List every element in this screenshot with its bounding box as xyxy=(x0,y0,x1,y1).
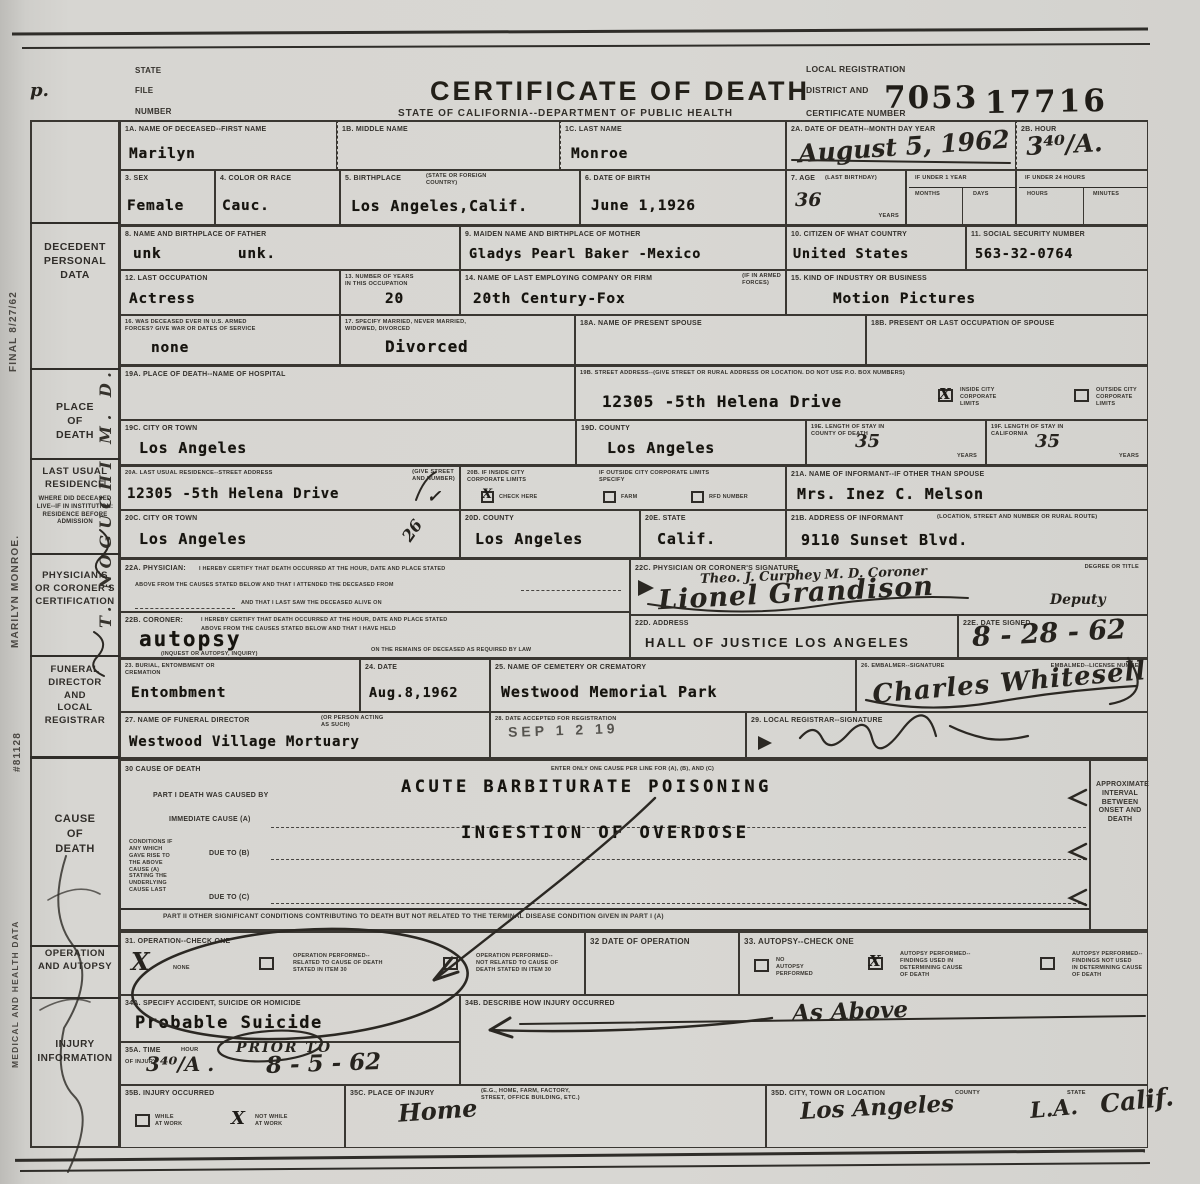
certificate-number: 17716 xyxy=(985,83,1108,121)
field-value: 9110 Sunset Blvd. xyxy=(801,531,968,549)
field-label: 1C. LAST NAME xyxy=(565,125,622,134)
years-label: YEARS xyxy=(957,453,977,460)
field-label: 30 CAUSE OF DEATH xyxy=(125,765,201,774)
field-label: 4. COLOR OR RACE xyxy=(220,174,291,183)
field-19b-street-address: 19B. STREET ADDRESS--(GIVE STREET OR RUR… xyxy=(575,365,1148,420)
part2-divider xyxy=(121,908,1091,910)
field-24-date: 24. DATE Aug.8,1962 xyxy=(360,658,490,712)
blank-line xyxy=(521,590,621,591)
district-number: 7053 xyxy=(884,80,978,116)
field-label: 1B. MIDDLE NAME xyxy=(342,125,408,134)
field-value: Entombment xyxy=(131,685,226,701)
field-6-date-of-birth: 6. DATE OF BIRTH June 1,1926 xyxy=(580,170,786,225)
field-8-father: 8. NAME AND BIRTHPLACE OF FATHER unk unk… xyxy=(120,225,460,270)
field-31-operation: 31. OPERATION--CHECK ONE X NONE OPERATIO… xyxy=(120,930,585,995)
certificate-title: CERTIFICATE OF DEATH xyxy=(430,76,810,107)
field-value: Los Angeles xyxy=(139,530,247,548)
field-19f-stay-california: 19F. LENGTH OF STAY IN CALIFORNIA 35 YEA… xyxy=(986,420,1148,465)
field-label: 22D. ADDRESS xyxy=(635,619,689,628)
handwritten-injury-county: L.A. xyxy=(1029,1094,1079,1124)
minutes-label: MINUTES xyxy=(1093,191,1119,198)
due-to-b-label: DUE TO (B) xyxy=(209,849,249,858)
field-label: 21A. NAME OF INFORMANT--IF OTHER THAN SP… xyxy=(791,470,984,479)
field-label: 29. LOCAL REGISTRAR--SIGNATURE xyxy=(751,716,883,725)
sidebar-physician-certification: PHYSICIAN'S OR CORONER'S CERTIFICATION xyxy=(30,570,120,608)
field-19c-city: 19C. CITY OR TOWN Los Angeles xyxy=(120,420,576,465)
edge-decedent-name: MARILYN MONROE. xyxy=(10,535,21,648)
sidebar-place-of-death: PLACE OF DEATH xyxy=(30,400,120,443)
field-label: 10. CITIZEN OF WHAT COUNTRY xyxy=(791,230,907,239)
field-22a-physician-certification: 22A. PHYSICIAN: I HEREBY CERTIFY THAT DE… xyxy=(120,558,630,612)
field-value: Mrs. Inez C. Melson xyxy=(797,485,984,503)
field-value: United States xyxy=(793,246,909,262)
field-value: Los Angeles,Calif. xyxy=(351,197,528,215)
field-sublabel: (LOCATION, STREET AND NUMBER OR RURAL RO… xyxy=(937,514,1137,521)
outside-city-limits-label: OUTSIDE CITY CORPORATE LIMITS xyxy=(1096,387,1137,408)
certification-text: ABOVE FROM THE CAUSES STATED BELOW AND T… xyxy=(135,582,555,589)
field-label: 26. EMBALMER--SIGNATURE xyxy=(861,663,945,670)
field-5-birthplace: 5. BIRTHPLACE (STATE OR FOREIGN COUNTRY)… xyxy=(340,170,580,225)
edge-medical-data: MEDICAL AND HEALTH DATA xyxy=(10,920,20,1068)
immediate-cause-label: IMMEDIATE CAUSE (A) xyxy=(169,815,251,824)
months-label: MONTHS xyxy=(915,191,940,198)
blank-line xyxy=(135,608,235,609)
field-label: 12. LAST OCCUPATION xyxy=(125,274,208,283)
field-value: Aug.8,1962 xyxy=(369,685,458,701)
field-value: Divorced xyxy=(385,337,468,356)
page-mark: p. xyxy=(30,80,49,101)
field-label: 7. AGE xyxy=(791,174,815,183)
sidebar-divider xyxy=(30,655,120,657)
field-14-employer: 14. NAME OF LAST EMPLOYING COMPANY OR FI… xyxy=(460,270,786,315)
certificate-subtitle: STATE OF CALIFORNIA--DEPARTMENT OF PUBLI… xyxy=(398,108,733,119)
handwritten-x-none: X xyxy=(131,947,150,976)
field-33-autopsy: 33. AUTOPSY--CHECK ONE NO AUTOPSY PERFOR… xyxy=(739,930,1148,995)
sidebar-operation-autopsy: OPERATION AND AUTOPSY xyxy=(30,948,120,974)
degree-title-label: DEGREE OR TITLE xyxy=(1085,564,1139,571)
field-value: none xyxy=(151,340,189,356)
field-label: 16. WAS DECEASED EVER IN U.S. ARMED FORC… xyxy=(125,319,256,333)
field-label: 21B. ADDRESS OF INFORMANT xyxy=(791,514,904,523)
field-12-last-occupation: 12. LAST OCCUPATION Actress xyxy=(120,270,340,315)
certification-text: ABOVE FROM THE CAUSES STATED BELOW AND T… xyxy=(201,626,621,633)
cause-c-line xyxy=(271,903,1086,904)
field-label: 18A. NAME OF PRESENT SPOUSE xyxy=(580,319,702,328)
days-label: DAYS xyxy=(973,191,989,198)
field-sublabel: (OR PERSON ACTING AS SUCH) xyxy=(321,715,383,729)
field-20e-state: 20E. STATE Calif. xyxy=(640,510,786,558)
field-sublabel: (GIVE STREET AND NUMBER) xyxy=(412,469,455,483)
field-21a-informant: 21A. NAME OF INFORMANT--IF OTHER THAN SP… xyxy=(786,465,1148,510)
field-value: Female xyxy=(127,198,184,214)
divider xyxy=(962,187,963,226)
field-value: Actress xyxy=(129,291,196,307)
field-1a-first-name: 1A. NAME OF DECEASED--FIRST NAME Marilyn xyxy=(120,120,337,170)
field-29-local-registrar: 29. LOCAL REGISTRAR--SIGNATURE xyxy=(746,712,1148,758)
field-value: Probable Suicide xyxy=(135,1013,323,1033)
certification-subtext: (INQUEST OR AUTOPSY, INQUIRY) xyxy=(161,651,258,658)
field-27-funeral-director: 27. NAME OF FUNERAL DIRECTOR (OR PERSON … xyxy=(120,712,490,758)
field-17-marital-status: 17. SPECIFY MARRIED, NEVER MARRIED, WIDO… xyxy=(340,315,575,365)
field-value: Los Angeles xyxy=(607,439,715,457)
top-rule-2 xyxy=(22,43,1150,49)
handwritten-home: Home xyxy=(397,1093,478,1127)
field-label: 27. NAME OF FUNERAL DIRECTOR xyxy=(125,716,250,725)
local-registration-label: LOCAL REGISTRATION xyxy=(806,64,906,75)
field-value: 12305 -5th Helena Drive xyxy=(602,392,842,411)
field-7-if-under-24-hours: IF UNDER 24 HOURS HOURS MINUTES xyxy=(1016,170,1148,225)
field-label: 11. SOCIAL SECURITY NUMBER xyxy=(971,230,1085,239)
handwritten-time-of-injury: 3⁴⁰/A . xyxy=(146,1052,214,1076)
field-25-cemetery: 25. NAME OF CEMETERY OR CREMATORY Westwo… xyxy=(490,658,856,712)
field-label: 34A. SPECIFY ACCIDENT, SUICIDE OR HOMICI… xyxy=(125,999,301,1008)
field-9-mother: 9. MAIDEN NAME AND BIRTHPLACE OF MOTHER … xyxy=(460,225,786,270)
field-value: Westwood Village Mortuary xyxy=(129,734,360,750)
field-label: 13. NUMBER OF YEARS IN THIS OCCUPATION xyxy=(345,274,414,288)
handwritten-years: 35 xyxy=(1035,431,1060,452)
field-sublabel: (E.G., HOME, FARM, FACTORY, STREET, OFFI… xyxy=(481,1088,580,1102)
part2-label: PART II OTHER SIGNIFICANT CONDITIONS CON… xyxy=(163,913,1063,921)
state-file-label2: FILE xyxy=(135,86,153,96)
divider xyxy=(1083,187,1084,226)
field-20c-city: 20C. CITY OR TOWN Los Angeles 26 xyxy=(120,510,460,558)
field-21b-informant-address: 21B. ADDRESS OF INFORMANT (LOCATION, STR… xyxy=(786,510,1148,558)
sidebar-decedent-personal-data: DECEDENT PERSONAL DATA xyxy=(30,240,120,283)
field-23-disposition: 23. BURIAL, ENTOMBMENT OR CREMATION Ento… xyxy=(120,658,360,712)
field-label: 19C. CITY OR TOWN xyxy=(125,424,197,433)
field-19a-hospital: 19A. PLACE OF DEATH--NAME OF HOSPITAL xyxy=(120,365,575,420)
state-file-label: STATE xyxy=(135,66,161,76)
field-value: Westwood Memorial Park xyxy=(501,683,717,701)
divider xyxy=(1019,187,1147,188)
autopsy-used-label: AUTOPSY PERFORMED-- FINDINGS USED IN DET… xyxy=(900,951,971,979)
field-16-armed-forces: 16. WAS DECEASED EVER IN U.S. ARMED FORC… xyxy=(120,315,340,365)
field-7-age: 7. AGE (LAST BIRTHDAY) 36 YEARS xyxy=(786,170,906,225)
none-label: NONE xyxy=(173,965,190,972)
field-value: 20 xyxy=(385,291,404,307)
field-label: 35B. INJURY OCCURRED xyxy=(125,1089,214,1098)
handwritten-as-above: As Above xyxy=(792,996,909,1027)
certification-text: I HEREBY CERTIFY THAT DEATH OCCURRED AT … xyxy=(201,617,621,624)
field-label: 8. NAME AND BIRTHPLACE OF FATHER xyxy=(125,230,266,239)
field-label: 6. DATE OF BIRTH xyxy=(585,174,650,183)
field-label: 22A. PHYSICIAN: xyxy=(125,564,186,573)
operation-related-checkbox xyxy=(259,957,274,970)
field-34a-accident-suicide: 34A. SPECIFY ACCIDENT, SUICIDE OR HOMICI… xyxy=(120,995,460,1042)
field-1b-middle-name: 1B. MIDDLE NAME xyxy=(337,120,560,170)
field-label: 23. BURIAL, ENTOMBMENT OR CREMATION xyxy=(125,663,215,677)
field-label: 22B. CORONER: xyxy=(125,616,183,625)
field-label: 19A. PLACE OF DEATH--NAME OF HOSPITAL xyxy=(125,370,286,379)
district-and-label: DISTRICT AND xyxy=(806,85,869,96)
sidebar-last-usual-residence: LAST USUAL RESIDENCE xyxy=(30,466,120,492)
bottom-rule-1 xyxy=(15,1149,1145,1162)
conditions-note: CONDITIONS IF ANY WHICH GAVE RISE TO THE… xyxy=(129,839,173,894)
field-value: Marilyn xyxy=(129,146,196,162)
field-label: 15. KIND OF INDUSTRY OR BUSINESS xyxy=(791,274,927,283)
enter-one-cause-note: ENTER ONLY ONE CAUSE PER LINE FOR (A), (… xyxy=(551,766,714,773)
field-32-date-of-operation: 32 DATE OF OPERATION xyxy=(585,930,739,995)
handwritten-checkmark: ✓ xyxy=(427,487,441,507)
field-label: 3. SEX xyxy=(125,174,148,183)
field-label: 31. OPERATION--CHECK ONE xyxy=(125,937,230,946)
while-at-work-label: WHILE AT WORK xyxy=(155,1114,182,1128)
handwritten-26: 26 xyxy=(398,516,426,545)
outside-limits-label: IF OUTSIDE CITY CORPORATE LIMITS SPECIFY xyxy=(599,470,709,484)
field-19e-stay-county: 19E. LENGTH OF STAY IN COUNTY OF DEATH 3… xyxy=(806,420,986,465)
state-file-label3: NUMBER xyxy=(135,107,172,117)
autopsy-typed-value: autopsy xyxy=(139,627,242,651)
sidebar-divider xyxy=(30,997,120,999)
checkbox-x-mark: X xyxy=(869,952,881,970)
field-label: 34B. DESCRIBE HOW INJURY OCCURRED xyxy=(465,999,615,1008)
field-label: 9. MAIDEN NAME AND BIRTHPLACE OF MOTHER xyxy=(465,230,641,239)
certification-text: ON THE REMAINS OF DECEASED AS REQUIRED B… xyxy=(371,647,531,654)
field-label: 18B. PRESENT OR LAST OCCUPATION OF SPOUS… xyxy=(871,319,1054,328)
sidebar-divider xyxy=(30,756,120,759)
field-22d-address: 22D. ADDRESS HALL OF JUSTICE LOS ANGELES xyxy=(630,615,958,658)
edge-final-date: FINAL 8/27/62 xyxy=(8,291,19,372)
sidebar-injury-information: INJURY INFORMATION xyxy=(30,1038,120,1065)
handwritten-years: 35 xyxy=(855,431,880,452)
autopsy-not-used-label: AUTOPSY PERFORMED-- FINDINGS NOT USED IN… xyxy=(1072,951,1143,979)
field-20d-county: 20D. COUNTY Los Angeles xyxy=(460,510,640,558)
field-value: HALL OF JUSTICE LOS ANGELES xyxy=(645,635,910,650)
field-label: IF UNDER 1 YEAR xyxy=(915,175,967,182)
field-label: 20C. CITY OR TOWN xyxy=(125,514,197,523)
field-value: 12305 -5th Helena Drive xyxy=(127,486,339,502)
field-value: Calif. xyxy=(657,530,716,548)
field-value: Cauc. xyxy=(222,198,270,214)
sidebar-divider xyxy=(30,368,120,370)
field-11-ssn: 11. SOCIAL SECURITY NUMBER 563-32-0764 xyxy=(966,225,1148,270)
years-label: YEARS xyxy=(1119,453,1139,460)
field-label: 17. SPECIFY MARRIED, NEVER MARRIED, WIDO… xyxy=(345,319,466,333)
field-value: Los Angeles xyxy=(475,530,583,548)
field-15-industry: 15. KIND OF INDUSTRY OR BUSINESS Motion … xyxy=(786,270,1148,315)
field-label: 33. AUTOPSY--CHECK ONE xyxy=(744,937,854,947)
field-sublabel: (IF IN ARMED FORCES) xyxy=(742,273,781,287)
handwritten-date-of-injury: 8 - 5 - 62 xyxy=(266,1048,382,1079)
county-label: COUNTY xyxy=(955,1090,980,1097)
farm-label: FARM xyxy=(621,494,637,501)
field-13-years-occupation: 13. NUMBER OF YEARS IN THIS OCCUPATION 2… xyxy=(340,270,460,315)
checkbox-x-mark: X xyxy=(231,1108,245,1129)
field-value: Gladys Pearl Baker -Mexico xyxy=(469,246,701,262)
field-sublabel: (STATE OR FOREIGN COUNTRY) xyxy=(426,173,487,187)
cause-b-line xyxy=(271,859,1086,860)
field-value: Los Angeles xyxy=(139,439,247,457)
field-label: 20A. LAST USUAL RESIDENCE--STREET ADDRES… xyxy=(125,470,273,477)
due-to-c-label: DUE TO (C) xyxy=(209,893,249,902)
field-20b-city-limits: 20B. IF INSIDE CITY CORPORATE LIMITS X C… xyxy=(460,465,786,510)
rfd-checkbox xyxy=(691,491,704,503)
field-18b-spouse-occupation: 18B. PRESENT OR LAST OCCUPATION OF SPOUS… xyxy=(866,315,1148,365)
operation-related-label: OPERATION PERFORMED-- RELATED TO CAUSE O… xyxy=(293,953,383,974)
field-4-color-or-race: 4. COLOR OR RACE Cauc. xyxy=(215,170,340,225)
field-30-cause-of-death: 30 CAUSE OF DEATH ENTER ONLY ONE CAUSE P… xyxy=(120,758,1090,930)
sidebar-residence-note: WHERE DID DECEASED LIVE--IF IN INSTITUTI… xyxy=(30,496,120,527)
field-18a-spouse: 18A. NAME OF PRESENT SPOUSE xyxy=(575,315,866,365)
sidebar-cause-of-death: CAUSE OF DEATH xyxy=(30,812,120,857)
farm-checkbox xyxy=(603,491,616,503)
field-value: Monroe xyxy=(571,146,628,162)
field-20a-residence-address: 20A. LAST USUAL RESIDENCE--STREET ADDRES… xyxy=(120,465,460,510)
field-1c-last-name: 1C. LAST NAME Monroe xyxy=(560,120,786,170)
field-label: 14. NAME OF LAST EMPLOYING COMPANY OR FI… xyxy=(465,274,652,283)
no-autopsy-checkbox xyxy=(754,959,769,972)
divider xyxy=(909,187,1015,188)
checkbox-x-mark: X xyxy=(939,385,951,403)
field-label: 20D. COUNTY xyxy=(465,514,514,523)
hours-label: HOURS xyxy=(1027,191,1048,198)
handwritten-injury-state: Calif. xyxy=(1099,1082,1175,1119)
not-while-at-work-label: NOT WHILE AT WORK xyxy=(255,1114,288,1128)
sidebar-funeral-director: FUNERAL DIRECTOR AND LOCAL REGISTRAR xyxy=(30,664,120,728)
bottom-rule-2 xyxy=(20,1162,1150,1172)
certification-text: I HEREBY CERTIFY THAT DEATH OCCURRED AT … xyxy=(199,566,619,573)
field-3-sex: 3. SEX Female xyxy=(120,170,215,225)
field-10-citizenship: 10. CITIZEN OF WHAT COUNTRY United State… xyxy=(786,225,966,270)
handwritten-hour-of-death: 3⁴⁰/A. xyxy=(1025,128,1103,161)
field-label: 19D. COUNTY xyxy=(581,424,630,433)
field-value: unk unk. xyxy=(133,246,276,262)
part1-label: PART I DEATH WAS CAUSED BY xyxy=(153,791,269,800)
field-30-interval-column: APPROXIMATE INTERVAL BETWEEN ONSET AND D… xyxy=(1090,758,1148,930)
field-7-if-under-1-year: IF UNDER 1 YEAR MONTHS DAYS xyxy=(906,170,1016,225)
rfd-label: RFD NUMBER xyxy=(709,494,748,501)
field-value: Motion Pictures xyxy=(833,291,976,307)
handwritten-age: 36 xyxy=(795,189,821,211)
check-here-label: CHECK HERE xyxy=(499,494,537,501)
sidebar-divider xyxy=(30,553,120,555)
field-label: 25. NAME OF CEMETERY OR CREMATORY xyxy=(495,663,646,672)
field-value: 563-32-0764 xyxy=(975,246,1073,262)
field-35b-injury-occurred: 35B. INJURY OCCURRED WHILE AT WORK X NOT… xyxy=(120,1085,345,1148)
field-label: 20B. IF INSIDE CITY CORPORATE LIMITS xyxy=(467,470,526,484)
deputy-note: Deputy xyxy=(1050,592,1106,608)
death-certificate-scan: p. STATE FILE NUMBER CERTIFICATE OF DEAT… xyxy=(0,0,1200,1184)
approximate-interval-label: APPROXIMATE INTERVAL BETWEEN ONSET AND D… xyxy=(1096,781,1144,825)
cause-a-value: ACUTE BARBITURATE POISONING xyxy=(401,777,772,797)
top-rule-1 xyxy=(12,28,1148,36)
field-label: 20E. STATE xyxy=(645,514,686,523)
certification-text: AND THAT I LAST SAW THE DECEASED ALIVE O… xyxy=(241,600,501,607)
edge-case-number: #81128 xyxy=(12,732,23,772)
field-label: 24. DATE xyxy=(365,663,397,672)
cause-b-value: INGESTION OF OVERDOSE xyxy=(461,823,749,843)
field-value: June 1,1926 xyxy=(591,198,696,214)
field-label: IF UNDER 24 HOURS xyxy=(1025,175,1085,182)
field-19d-county: 19D. COUNTY Los Angeles xyxy=(576,420,806,465)
no-autopsy-label: NO AUTOPSY PERFORMED xyxy=(776,957,813,978)
field-label: 1A. NAME OF DECEASED--FIRST NAME xyxy=(125,125,266,134)
operation-not-related-label: OPERATION PERFORMED-- NOT RELATED TO CAU… xyxy=(476,953,558,974)
field-label: 32 DATE OF OPERATION xyxy=(590,937,690,947)
years-label: YEARS xyxy=(878,213,899,220)
field-label: 19B. STREET ADDRESS--(GIVE STREET OR RUR… xyxy=(580,370,1060,377)
inside-city-limits-label: INSIDE CITY CORPORATE LIMITS xyxy=(960,387,997,408)
field-label: 5. BIRTHPLACE xyxy=(345,174,401,183)
field-22b-coroner-certification: 22B. CORONER: I HEREBY CERTIFY THAT DEAT… xyxy=(120,612,630,658)
checkbox-x-mark: X xyxy=(482,487,492,502)
sidebar-divider xyxy=(30,945,120,947)
field-value: 20th Century-Fox xyxy=(473,291,625,307)
field-sublabel: (LAST BIRTHDAY) xyxy=(825,175,877,182)
sidebar-divider xyxy=(30,458,120,460)
sidebar-divider xyxy=(30,222,120,224)
operation-not-related-checkbox xyxy=(443,957,458,970)
while-at-work-checkbox xyxy=(135,1114,150,1127)
outside-city-limits-checkbox xyxy=(1074,389,1089,402)
autopsy-not-used-checkbox xyxy=(1040,957,1055,970)
